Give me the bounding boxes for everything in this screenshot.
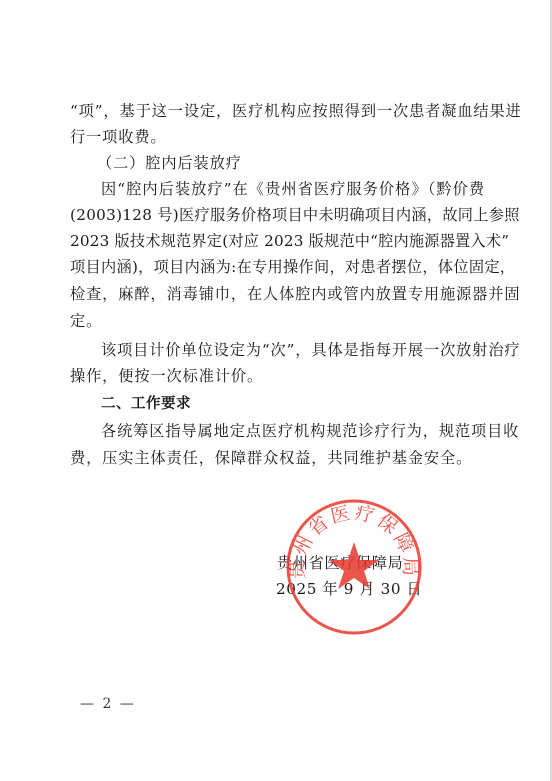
paragraph-line: 因“腔内后装放疗”在《贵州省医疗服务价格》（黔价费	[101, 179, 485, 199]
page-number: — 2 —	[80, 696, 136, 712]
paragraph-line: 检查，麻醉，消毒铺巾，在人体腔内或管内放置专用施源器并固	[70, 284, 485, 304]
document-page: “项”，基于这一设定，医疗机构应按照得到一次患者凝血结果进 行一项收费。 （二）…	[0, 0, 552, 781]
subheading: （二）腔内后装放疗	[97, 153, 481, 173]
paragraph-line: 项目内涵)，项目内涵为:在专用操作间，对患者摆位，体位固定，	[70, 257, 485, 277]
seal-icon: 贵州省医疗保障局	[284, 497, 424, 637]
official-seal: 贵州省医疗保障局	[284, 497, 424, 637]
paragraph-line: (2003)128 号)医疗服务价格项目中未明确项目内涵，故同上参照	[70, 205, 485, 225]
paragraph-line: 操作，便按一次标准计价。	[70, 366, 485, 386]
paragraph-line: 费，压实主体责任，保障群众权益，共同维护基金安全。	[70, 448, 485, 468]
paragraph-line: 2023 版技术规范界定(对应 2023 版规范中“腔内施源器置入术”	[70, 231, 485, 251]
section-heading: 二、工作要求	[101, 394, 485, 414]
paragraph-line: 行一项收费。	[70, 127, 485, 147]
paragraph-line: “项”，基于这一设定，医疗机构应按照得到一次患者凝血结果进	[70, 101, 485, 121]
paragraph-line: 定。	[70, 311, 485, 331]
paragraph-line: 该项目计价单位设定为“次”，具体是指每开展一次放射治疗	[101, 340, 485, 360]
paragraph-line: 各统筹区指导属地定点医疗机构规范诊疗行为，规范项目收	[101, 421, 485, 441]
